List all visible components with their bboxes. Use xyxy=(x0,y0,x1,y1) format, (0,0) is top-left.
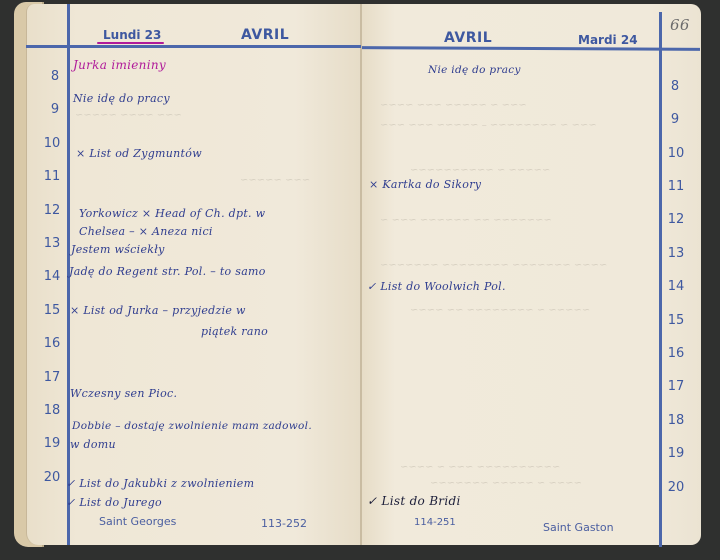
open-diary: Lundi 23 AVRIL AVRIL Mardi 24 66 8 9 10 … xyxy=(0,0,720,560)
handwritten-entry: Jadę do Regent str. Pol. – to samo xyxy=(69,265,266,278)
handwritten-entry: ✓ List do Jakubki z zwolnieniem xyxy=(66,477,254,490)
bleed-through-text: ~~~ ~~~~~ xyxy=(240,175,310,186)
page-number: 66 xyxy=(670,16,690,34)
left-saint-name: Saint Georges xyxy=(99,515,176,528)
right-day-label: Mardi 24 xyxy=(578,33,638,47)
handwritten-entry: piątek rano xyxy=(201,325,268,338)
right-hour-11: 11 xyxy=(664,179,688,194)
right-hour-17: 17 xyxy=(664,379,688,394)
handwritten-entry: Yorkowicz × Head of Ch. dpt. w xyxy=(79,207,265,220)
day-underline xyxy=(97,42,164,44)
handwritten-entry: Nie idę do pracy xyxy=(428,64,521,76)
handwritten-entry: Jestem wściekły xyxy=(71,243,165,256)
left-hour-17: 17 xyxy=(40,370,64,385)
left-header-rule xyxy=(26,45,361,48)
right-day-numbers: 114-251 xyxy=(414,517,456,528)
right-month-label: AVRIL xyxy=(444,30,492,46)
handwritten-entry: × Kartka do Sikory xyxy=(369,178,481,191)
handwritten-entry: ✓ List do Bridi xyxy=(367,494,461,508)
left-day-label: Lundi 23 xyxy=(103,28,161,42)
left-hour-9: 9 xyxy=(43,102,67,117)
right-hour-18: 18 xyxy=(664,413,688,428)
right-hour-19: 19 xyxy=(664,446,688,461)
bleed-through-text: ~~~ ~ ~~~~~~~~ – ~~~~~ ~~~ ~~~ xyxy=(380,120,597,131)
left-hour-14: 14 xyxy=(40,269,64,284)
right-hour-8: 8 xyxy=(663,79,687,94)
handwritten-entry: Dobbie – dostaję zwolnienie mam zadowol. xyxy=(72,420,312,432)
left-hour-8: 8 xyxy=(43,69,67,84)
bleed-through-text: ~~~ ~ ~~~~~ ~~~ ~~~~ xyxy=(380,100,527,111)
bleed-through-text: ~~~~~~~~~~ ~~~ ~ ~~~~ xyxy=(400,462,560,473)
left-hour-15: 15 xyxy=(40,303,64,318)
bleed-through-text: ~~~~~~~ ~~ ~~~~~~ ~~~ ~ xyxy=(380,215,552,226)
handwritten-entry: Wczesny sen Pioc. xyxy=(70,387,177,400)
book-gutter xyxy=(360,4,362,545)
bleed-through-text: ~~~~ ~~~~~~~ ~~~~~~~~ ~~~~~~~ xyxy=(380,260,607,271)
left-hour-11: 11 xyxy=(40,169,64,184)
left-hour-12: 12 xyxy=(40,203,64,218)
handwritten-entry: Jurka imieniny xyxy=(73,58,166,72)
right-saint-name: Saint Gaston xyxy=(543,521,614,534)
handwritten-entry: × List od Zygmuntów xyxy=(76,147,202,160)
right-hour-13: 13 xyxy=(664,246,688,261)
left-hour-20: 20 xyxy=(40,470,64,485)
bleed-through-text: ~~~~ ~ ~~~~~ ~~~~~~~ xyxy=(430,478,582,489)
right-hour-16: 16 xyxy=(664,346,688,361)
right-hour-rule xyxy=(659,12,662,547)
right-hour-10: 10 xyxy=(664,146,688,161)
handwritten-entry: Chelsea – × Aneza nici xyxy=(79,225,213,238)
handwritten-entry: ✓ List do Woolwich Pol. xyxy=(367,280,506,293)
handwritten-entry: ✓ List do Jurego xyxy=(66,496,162,509)
left-day-numbers: 113-252 xyxy=(261,517,307,530)
handwritten-entry: Nie idę do pracy xyxy=(73,92,170,105)
right-hour-12: 12 xyxy=(664,212,688,227)
left-hour-13: 13 xyxy=(40,236,64,251)
handwritten-entry: × List od Jurka – przyjedzie w xyxy=(70,304,246,317)
bleed-through-text: ~~~~~ ~ ~~~~~~~~~~ xyxy=(410,165,550,176)
right-hour-20: 20 xyxy=(664,480,688,495)
bleed-through-text: ~~~~~ ~ ~~~~~~~~ ~~ ~~~~ xyxy=(410,305,590,316)
left-hour-16: 16 xyxy=(40,336,64,351)
right-hour-9: 9 xyxy=(663,112,687,127)
bleed-through-text: ~~~ ~~~~ ~~~~~ xyxy=(75,110,182,121)
right-hour-15: 15 xyxy=(664,313,688,328)
left-hour-10: 10 xyxy=(40,136,64,151)
left-hour-19: 19 xyxy=(40,436,64,451)
left-month-label: AVRIL xyxy=(241,27,289,43)
left-hour-18: 18 xyxy=(40,403,64,418)
right-hour-14: 14 xyxy=(664,279,688,294)
handwritten-entry: w domu xyxy=(70,438,116,451)
